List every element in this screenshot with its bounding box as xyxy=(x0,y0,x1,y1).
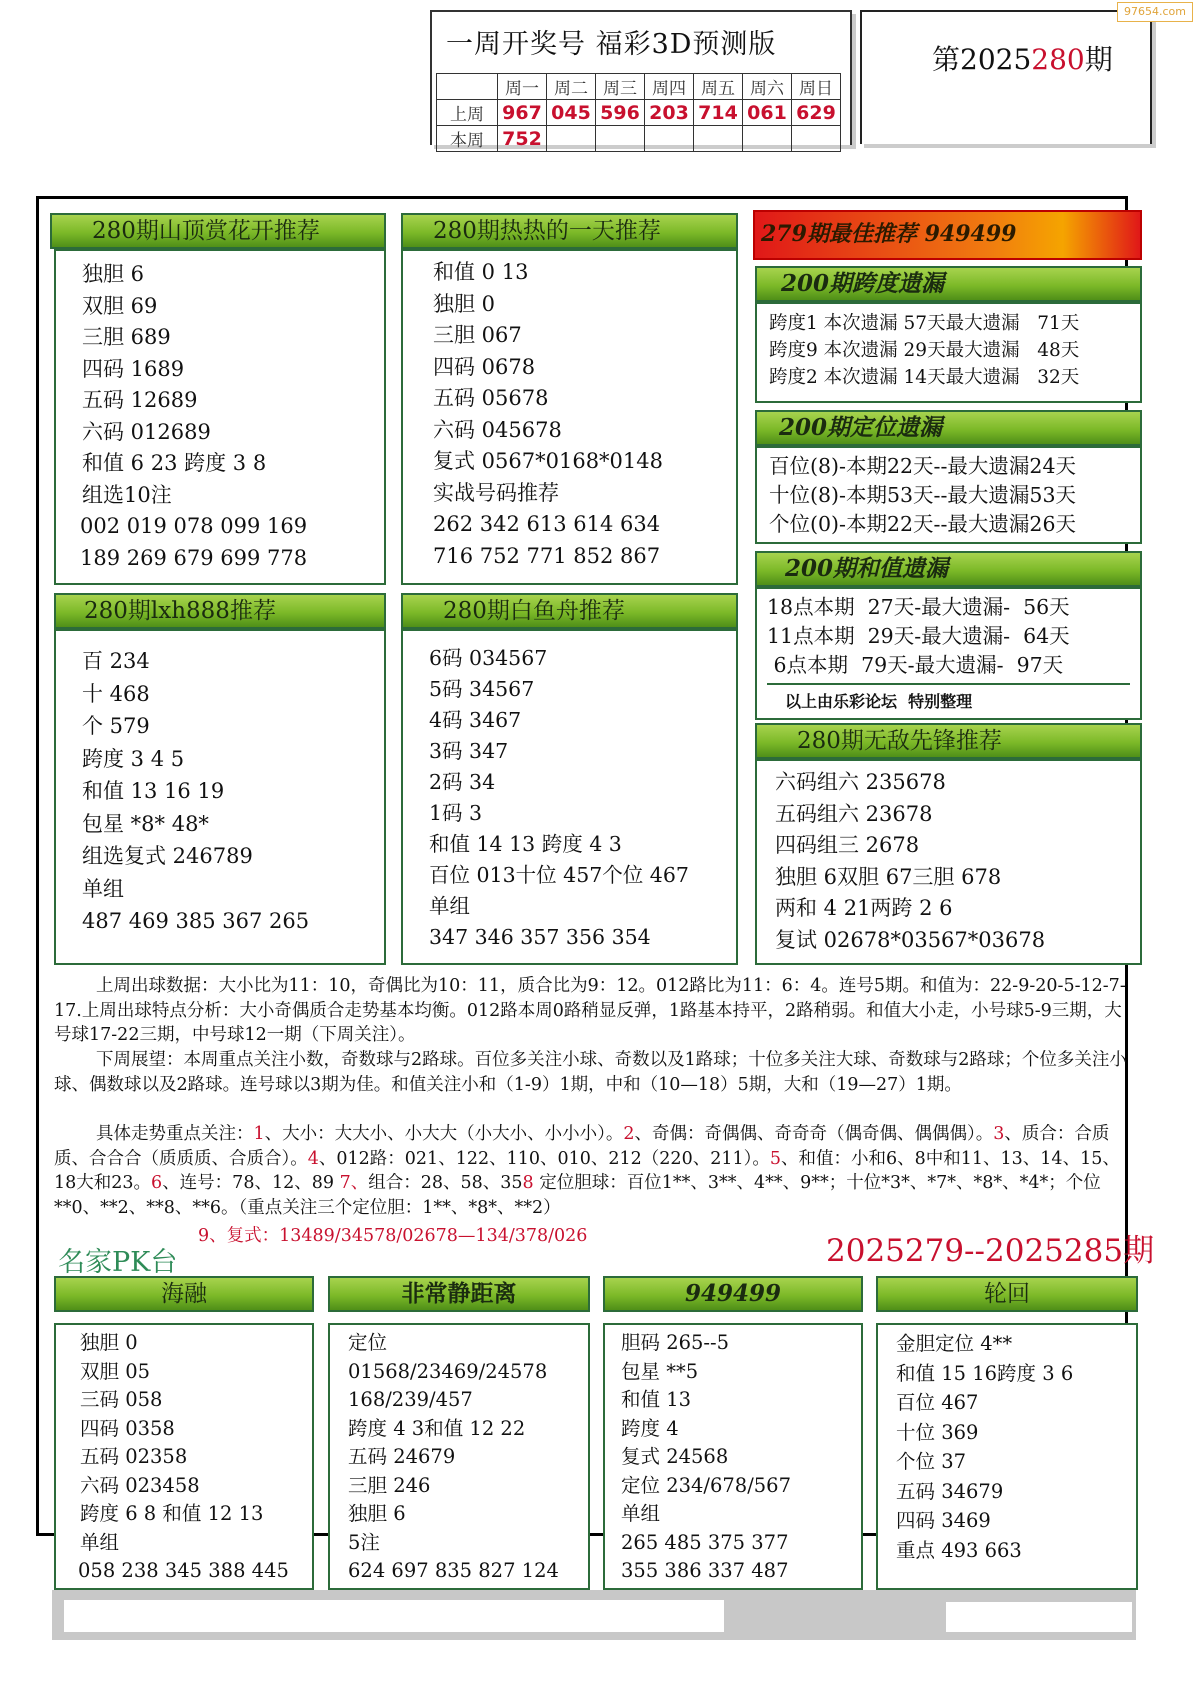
list-item: 6点本期 79天-最大遗漏- 97天 xyxy=(767,651,1140,680)
draw-number: 203 xyxy=(645,100,694,126)
list-item: 和值 14 13 跨度 4 3 xyxy=(429,829,736,860)
pk-header-hairong: 海融 xyxy=(54,1276,314,1312)
list-item: 五码 34679 xyxy=(896,1477,1136,1507)
list-item: 四码组三 2678 xyxy=(775,830,1140,862)
list-item: 五码 12689 xyxy=(82,385,384,417)
draw-number: 596 xyxy=(596,100,645,126)
panel-hezhi: 18点本期 27天-最大遗漏- 56天 11点本期 29天-最大遗漏- 64天 … xyxy=(755,587,1142,720)
list-item: 百 234 xyxy=(82,645,384,678)
list-item: 六码 012689 xyxy=(82,417,384,449)
list-item: 百位 467 xyxy=(896,1388,1136,1418)
row-label: 上周 xyxy=(437,100,498,126)
panel-kuadu: 跨度1 本次遗漏 57天最大遗漏 71天 跨度9 本次遗漏 29天最大遗漏 48… xyxy=(755,302,1142,403)
list-item: 2码 34 xyxy=(429,767,736,798)
list-item: 独胆 6 xyxy=(348,1500,588,1529)
issue-number: 第2025280期 xyxy=(932,38,1113,78)
list-item: 独胆 0 xyxy=(433,289,736,321)
list-item: 262 342 613 614 634 xyxy=(433,509,736,541)
list-item: 624 697 835 827 124 xyxy=(348,1557,588,1586)
list-item: 三胆 246 xyxy=(348,1472,588,1501)
list-item: 单组 xyxy=(82,873,384,906)
panel-lxh: 百 234 十 468 个 579 跨度 3 4 5 和值 13 16 19 包… xyxy=(54,629,386,965)
draw-number xyxy=(547,126,596,152)
list-item: 跨度9 本次遗漏 29天最大遗漏 48天 xyxy=(769,337,1140,364)
list-item: 六码 023458 xyxy=(80,1472,312,1501)
panel-header-wudi: 280期无敌先锋推荐 xyxy=(755,723,1142,759)
draw-number xyxy=(645,126,694,152)
panel-rere: 和值 0 13 独胆 0 三胆 067 四码 0678 五码 05678 六码 … xyxy=(401,249,738,585)
list-item: 个位 37 xyxy=(896,1447,1136,1477)
list-item: 和值 13 xyxy=(621,1386,861,1415)
panel-header-rere: 280期热热的一天推荐 xyxy=(401,213,738,249)
panel-dingwei: 百位(8)-本期22天--最大遗漏24天 十位(8)-本期53天--最大遗漏53… xyxy=(755,446,1142,544)
pk-column-lunhui: 金胆定位 4** 和值 15 16跨度 3 6 百位 467 十位 369 个位… xyxy=(876,1323,1138,1590)
issue-box: 第2025280期 xyxy=(860,10,1152,144)
list-item: 跨度1 本次遗漏 57天最大遗漏 71天 xyxy=(769,310,1140,337)
issue-range: 2025279--2025285期 xyxy=(826,1225,1154,1270)
list-item: 5注 xyxy=(348,1529,588,1558)
list-item: 和值 6 23 跨度 3 8 xyxy=(82,448,384,480)
list-item: 两和 4 21两跨 2 6 xyxy=(775,893,1140,925)
weekly-draw-box: 一周开奖号 福彩3D预测版 周一 周二 周三 周四 周五 周六 周日 上周 96… xyxy=(430,10,852,145)
day-header: 周五 xyxy=(694,74,743,100)
list-item: 002 019 078 099 169 xyxy=(80,511,384,543)
day-header: 周三 xyxy=(596,74,645,100)
list-item: 四码 1689 xyxy=(82,354,384,386)
list-item: 487 469 385 367 265 xyxy=(82,905,384,938)
list-item: 双胆 05 xyxy=(80,1358,312,1387)
draw-number xyxy=(694,126,743,152)
panel-header-kuadu: 200期跨度遗漏 xyxy=(755,266,1142,302)
best-recommendation-banner: 279期最佳推荐 949499 xyxy=(753,210,1142,260)
list-item: 组选10注 xyxy=(82,480,384,512)
list-item: 十 468 xyxy=(82,678,384,711)
analysis-last-week: 上周出球数据：大小比为11：10，奇偶比为10：11，质合比为9：12。012路… xyxy=(54,974,1134,1048)
draw-number xyxy=(792,126,841,152)
list-item: 跨度2 本次遗漏 14天最大遗漏 32天 xyxy=(769,364,1140,391)
panel-header-shanding: 280期山顶赏花开推荐 xyxy=(50,213,386,249)
pk-section-title: 名家PK台 xyxy=(58,1240,177,1279)
list-item: 复式 24568 xyxy=(621,1443,861,1472)
panel-header-lxh: 280期lxh888推荐 xyxy=(54,593,386,629)
list-item: 和值 15 16跨度 3 6 xyxy=(896,1359,1136,1389)
day-header: 周日 xyxy=(792,74,841,100)
pk-header-lunhui: 轮回 xyxy=(876,1276,1138,1312)
panel-baiyu: 6码 034567 5码 34567 4码 3467 3码 347 2码 34 … xyxy=(401,629,738,965)
list-item: 355 386 337 487 xyxy=(621,1557,861,1586)
list-item: 五码 02358 xyxy=(80,1443,312,1472)
list-item: 三胆 689 xyxy=(82,322,384,354)
list-item: 347 346 357 356 354 xyxy=(429,922,736,953)
list-item: 独胆 6 xyxy=(82,259,384,291)
list-item: 十位(8)-本期53天--最大遗漏53天 xyxy=(769,481,1140,510)
watermark: 97654.com xyxy=(1117,2,1193,22)
list-item: 跨度 3 4 5 xyxy=(82,743,384,776)
list-item: 五码 24679 xyxy=(348,1443,588,1472)
list-item: 四码 0678 xyxy=(433,352,736,384)
day-header: 周一 xyxy=(498,74,547,100)
list-item: 百位 013十位 457个位 467 xyxy=(429,860,736,891)
analysis-key-points: 具体走势重点关注：1、大小：大大小、小大大（小大小、小小小）。2、奇偶：奇偶偶、… xyxy=(54,1122,1134,1220)
list-item: 金胆定位 4** xyxy=(896,1329,1136,1359)
list-item: 058 238 345 388 445 xyxy=(78,1557,312,1586)
list-item: 716 752 771 852 867 xyxy=(433,541,736,573)
list-item: 包星 **5 xyxy=(621,1358,861,1387)
list-item: 定位 xyxy=(348,1329,588,1358)
list-item: 个 579 xyxy=(82,710,384,743)
list-item: 独胆 6双胆 67三胆 678 xyxy=(775,862,1140,894)
weekly-draw-table: 周一 周二 周三 周四 周五 周六 周日 上周 967 045 596 203 … xyxy=(436,73,841,152)
day-header: 周四 xyxy=(645,74,694,100)
panel-header-baiyu: 280期白鱼舟推荐 xyxy=(401,593,738,629)
list-item: 11点本期 29天-最大遗漏- 64天 xyxy=(767,622,1140,651)
list-item: 五码组六 23678 xyxy=(775,799,1140,831)
list-item: 4码 3467 xyxy=(429,705,736,736)
list-item: 18点本期 27天-最大遗漏- 56天 xyxy=(767,593,1140,622)
list-item: 复试 02678*03567*03678 xyxy=(775,925,1140,957)
list-item: 1码 3 xyxy=(429,798,736,829)
list-item: 跨度 4 3和值 12 22 xyxy=(348,1415,588,1444)
list-item: 复式 0567*0168*0148 xyxy=(433,446,736,478)
list-item: 跨度 6 8 和值 12 13 xyxy=(80,1500,312,1529)
list-item: 跨度 4 xyxy=(621,1415,861,1444)
list-item: 五码 05678 xyxy=(433,383,736,415)
list-item: 5码 34567 xyxy=(429,674,736,705)
draw-number: 714 xyxy=(694,100,743,126)
footer-blank-left xyxy=(64,1600,724,1632)
row-label: 本周 xyxy=(437,126,498,152)
table-row: 本周 752 xyxy=(437,126,841,152)
draw-number: 061 xyxy=(743,100,792,126)
draw-number: 045 xyxy=(547,100,596,126)
list-item: 重点 493 663 xyxy=(896,1536,1136,1566)
list-item: 包星 *8* 48* xyxy=(82,808,384,841)
list-item: 独胆 0 xyxy=(80,1329,312,1358)
list-item: 十位 369 xyxy=(896,1418,1136,1448)
list-item: 189 269 679 699 778 xyxy=(80,543,384,575)
list-item: 四码 3469 xyxy=(896,1506,1136,1536)
list-item: 单组 xyxy=(621,1500,861,1529)
list-item: 和值 13 16 19 xyxy=(82,775,384,808)
credit-note: 以上由乐彩论坛 特别整理 xyxy=(767,683,1130,712)
panel-header-dingwei: 200期定位遗漏 xyxy=(755,410,1142,446)
weekly-draw-title: 一周开奖号 福彩3D预测版 xyxy=(446,22,776,61)
panel-header-hezhi: 200期和值遗漏 xyxy=(755,551,1142,587)
pk-header-949499: 949499 xyxy=(603,1276,863,1312)
list-item: 三胆 067 xyxy=(433,320,736,352)
list-item: 实战号码推荐 xyxy=(433,478,736,510)
analysis-next-week: 下周展望：本周重点关注小数，奇数球与2路球。百位多关注小球、奇数以及1路球；十位… xyxy=(54,1048,1134,1097)
list-item: 六码组六 235678 xyxy=(775,767,1140,799)
list-item: 胆码 265--5 xyxy=(621,1329,861,1358)
pk-column-feichang: 定位 01568/23469/24578 168/239/457 跨度 4 3和… xyxy=(328,1323,590,1590)
panel-shanding: 独胆 6 双胆 69 三胆 689 四码 1689 五码 12689 六码 01… xyxy=(54,249,386,585)
list-item: 265 485 375 377 xyxy=(621,1529,861,1558)
list-item: 个位(0)-本期22天--最大遗漏26天 xyxy=(769,510,1140,539)
table-row: 上周 967 045 596 203 714 061 629 xyxy=(437,100,841,126)
list-item: 3码 347 xyxy=(429,736,736,767)
list-item: 168/239/457 xyxy=(348,1386,588,1415)
pk-column-hairong: 独胆 0 双胆 05 三码 058 四码 0358 五码 02358 六码 02… xyxy=(54,1323,314,1590)
pk-header-feichang: 非常静距离 xyxy=(328,1276,590,1312)
draw-number: 629 xyxy=(792,100,841,126)
draw-number: 752 xyxy=(498,126,547,152)
list-item: 单组 xyxy=(429,891,736,922)
list-item: 和值 0 13 xyxy=(433,257,736,289)
list-item: 六码 045678 xyxy=(433,415,736,447)
list-item: 单组 xyxy=(80,1529,312,1558)
list-item: 01568/23469/24578 xyxy=(348,1358,588,1387)
draw-number xyxy=(596,126,645,152)
panel-wudi: 六码组六 235678 五码组六 23678 四码组三 2678 独胆 6双胆 … xyxy=(755,759,1142,965)
footer-blank-right xyxy=(946,1602,1132,1632)
list-item: 定位 234/678/567 xyxy=(621,1472,861,1501)
draw-number xyxy=(743,126,792,152)
list-item: 双胆 69 xyxy=(82,291,384,323)
list-item: 三码 058 xyxy=(80,1386,312,1415)
day-header: 周二 xyxy=(547,74,596,100)
draw-number: 967 xyxy=(498,100,547,126)
list-item: 6码 034567 xyxy=(429,643,736,674)
day-header: 周六 xyxy=(743,74,792,100)
fushi-recommendation: 9、复式：13489/34578/02678—134/378/026 xyxy=(198,1222,587,1247)
list-item: 四码 0358 xyxy=(80,1415,312,1444)
list-item: 组选复式 246789 xyxy=(82,840,384,873)
pk-column-949499: 胆码 265--5 包星 **5 和值 13 跨度 4 复式 24568 定位 … xyxy=(603,1323,863,1590)
list-item: 百位(8)-本期22天--最大遗漏24天 xyxy=(769,452,1140,481)
